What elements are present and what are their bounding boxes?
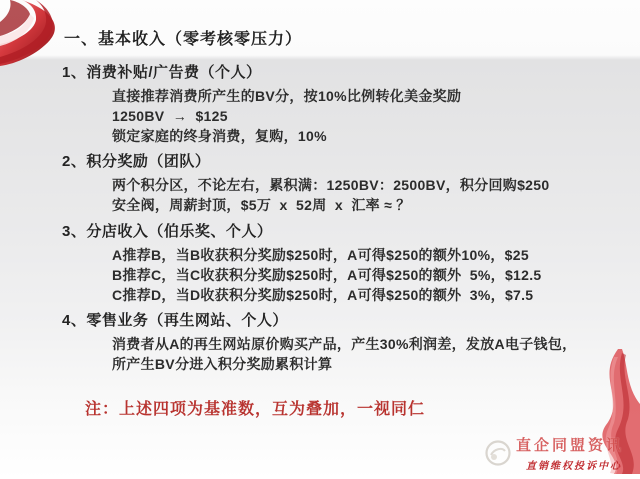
section-1-line-1: 直接推荐消费所产生的BV分，按10%比例转化美金奖励 bbox=[112, 86, 461, 106]
watermark-title: 直企同盟资讯 bbox=[516, 434, 624, 455]
section-1-line-3: 锁定家庭的终身消费，复购，10% bbox=[112, 126, 461, 146]
section-retail-business: 4、零售业务（再生网站、个人） 消费者从A的再生网站原价购买产品，产生30%利润… bbox=[62, 311, 576, 374]
section-2-lines: 两个积分区，不论左右，累积满：1250BV：2500BV，积分回购$250 安全… bbox=[62, 175, 549, 215]
top-left-ribbon-graphic bbox=[0, 0, 130, 83]
section-branch-income: 3、分店收入（伯乐奖、个人） A推荐B，当B收获积分奖励$250时，A可得$25… bbox=[62, 222, 541, 305]
section-1-lines: 直接推荐消费所产生的BV分，按10%比例转化美金奖励 1250BV → $125… bbox=[62, 86, 461, 146]
section-4-lines: 消费者从A的再生网站原价购买产品，产生30%利润差，发放A电子钱包， 所产生BV… bbox=[62, 334, 576, 374]
section-2-line-1: 两个积分区，不论左右，累积满：1250BV：2500BV，积分回购$250 bbox=[112, 175, 549, 195]
section-2-heading: 2、积分奖励（团队） bbox=[62, 152, 549, 172]
section-3-lines: A推荐B，当B收获积分奖励$250时，A可得$250的额外10%，$25 B推荐… bbox=[62, 245, 541, 305]
section-points-reward: 2、积分奖励（团队） 两个积分区，不论左右，累积满：1250BV：2500BV，… bbox=[62, 152, 549, 215]
watermark-subtitle: 直销维权投诉中心 bbox=[526, 457, 622, 472]
section-4-line-1: 消费者从A的再生网站原价购买产品，产生30%利润差，发放A电子钱包， bbox=[112, 334, 576, 354]
watermark-logo-icon bbox=[484, 438, 512, 473]
watermark-text: 直企同盟资讯 直销维权投诉中心 bbox=[516, 434, 624, 472]
section-4-heading: 4、零售业务（再生网站、个人） bbox=[62, 311, 576, 331]
section-3-line-2: B推荐C，当C收获积分奖励$250时，A可得$250的额外 5%，$12.5 bbox=[112, 265, 541, 285]
section-4-line-2: 所产生BV分进入积分奖励累积计算 bbox=[112, 354, 576, 374]
section-3-line-3: C推荐D，当D收获积分奖励$250时，A可得$250的额外 3%，$7.5 bbox=[112, 285, 541, 305]
section-3-heading: 3、分店收入（伯乐奖、个人） bbox=[62, 222, 541, 242]
section-2-line-2: 安全阀，周薪封顶，$5万 x 52周 x 汇率 ≈ ？ bbox=[112, 195, 549, 215]
section-3-line-1: A推荐B，当B收获积分奖励$250时，A可得$250的额外10%，$25 bbox=[112, 245, 541, 265]
section-1-line-2: 1250BV → $125 bbox=[112, 106, 461, 126]
footnote-red: 注：上述四项为基准数，互为叠加，一视同仁 bbox=[85, 396, 425, 419]
slide-canvas: 一、基本收入（零考核零压力） 1、消费补贴/广告费（个人） 直接推荐消费所产生的… bbox=[0, 0, 640, 479]
watermark: 直企同盟资讯 直销维权投诉中心 bbox=[484, 434, 624, 473]
